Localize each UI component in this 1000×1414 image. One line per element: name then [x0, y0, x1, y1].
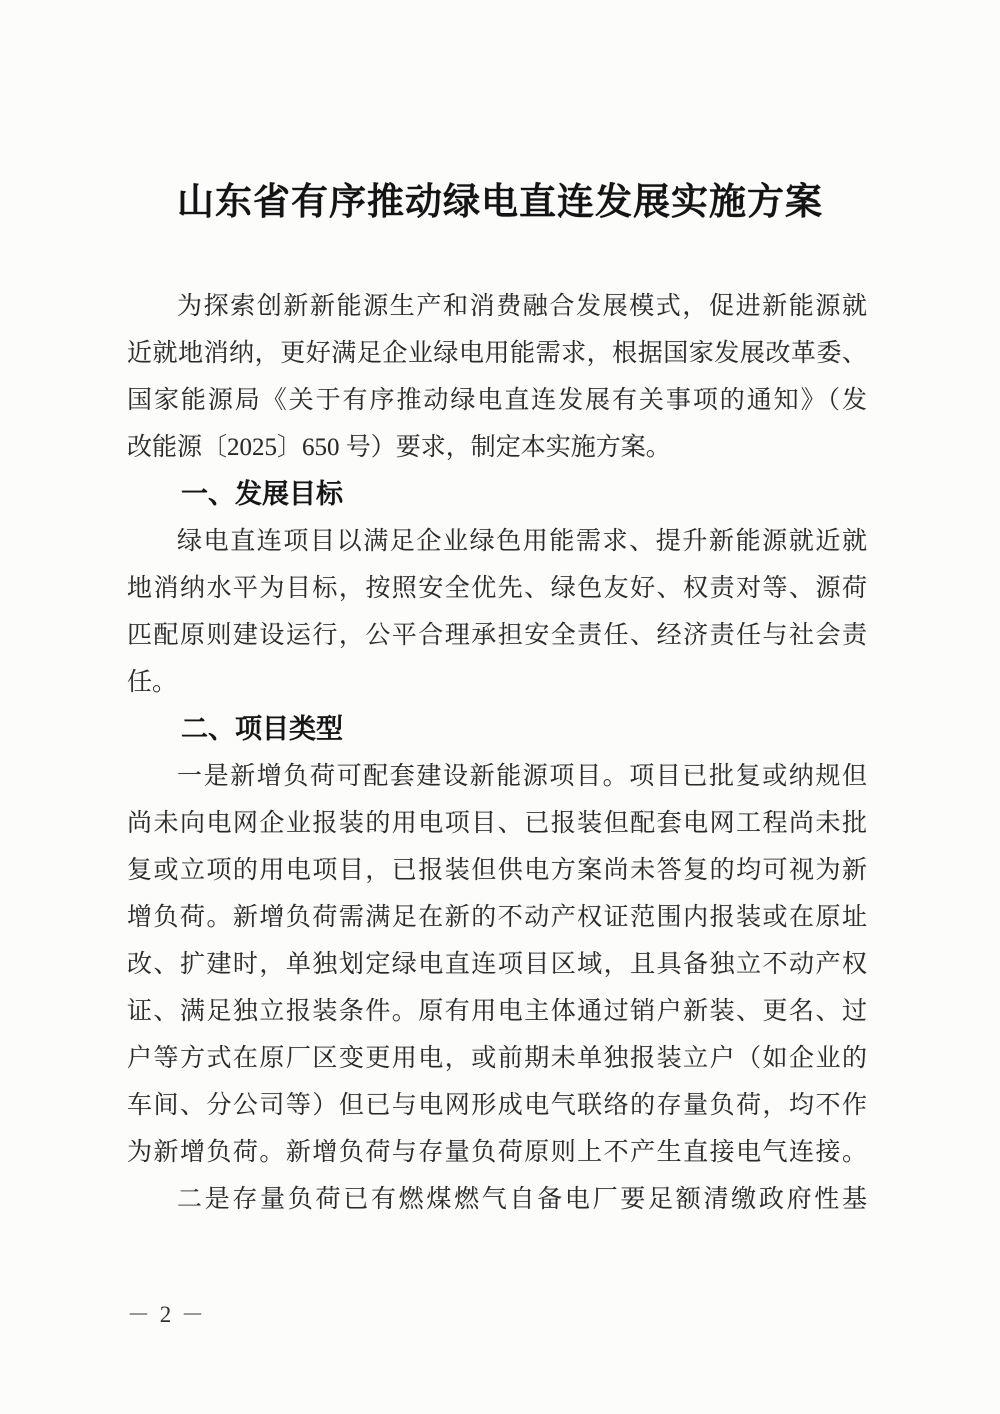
section-heading: 一、发展目标 [127, 471, 867, 518]
text-line: 车间、分公司等）但已与电网形成电气联络的存量负荷，均不作 [127, 1082, 867, 1129]
section-heading: 二、项目类型 [127, 706, 867, 753]
text-line: 任。 [127, 659, 867, 706]
text-line: 为新增负荷。新增负荷与存量负荷原则上不产生直接电气连接。 [127, 1129, 867, 1176]
text-line: 绿电直连项目以满足企业绿色用能需求、提升新能源就近就 [127, 518, 867, 565]
text-line: 为探索创新新能源生产和消费融合发展模式，促进新能源就 [127, 283, 867, 330]
text-line: 证、满足独立报装条件。原有用电主体通过销户新装、更名、过 [127, 988, 867, 1035]
text-line: 近就地消纳，更好满足企业绿电用能需求，根据国家发展改革委、 [127, 330, 867, 377]
text-line: 国家能源局《关于有序推动绿电直连发展有关事项的通知》（发 [127, 377, 867, 424]
document-page: 山东省有序推动绿电直连发展实施方案 为探索创新新能源生产和消费融合发展模式，促进… [0, 0, 1000, 1414]
text-line: 复或立项的用电项目，已报装但供电方案尚未答复的均可视为新 [127, 847, 867, 894]
text-line: 一是新增负荷可配套建设新能源项目。项目已批复或纳规但 [127, 753, 867, 800]
document-title: 山东省有序推动绿电直连发展实施方案 [0, 0, 1000, 222]
text-line: 增负荷。新增负荷需满足在新的不动产权证范围内报装或在原址 [127, 894, 867, 941]
page-number: － 2 － [127, 1296, 206, 1329]
text-line: 改、扩建时，单独划定绿电直连项目区域，且具备独立不动产权 [127, 941, 867, 988]
text-line: 户等方式在原厂区变更用电，或前期未单独报装立户（如企业的 [127, 1035, 867, 1082]
text-line: 改能源〔2025〕650 号）要求，制定本实施方案。 [127, 424, 867, 471]
text-line: 二是存量负荷已有燃煤燃气自备电厂要足额清缴政府性基 [127, 1176, 867, 1223]
text-line: 尚未向电网企业报装的用电项目、已报装但配套电网工程尚未批 [127, 800, 867, 847]
text-line: 匹配原则建设运行，公平合理承担安全责任、经济责任与社会责 [127, 612, 867, 659]
text-line: 地消纳水平为目标，按照安全优先、绿色友好、权责对等、源荷 [127, 565, 867, 612]
document-body: 为探索创新新能源生产和消费融合发展模式，促进新能源就 近就地消纳，更好满足企业绿… [127, 283, 867, 1223]
